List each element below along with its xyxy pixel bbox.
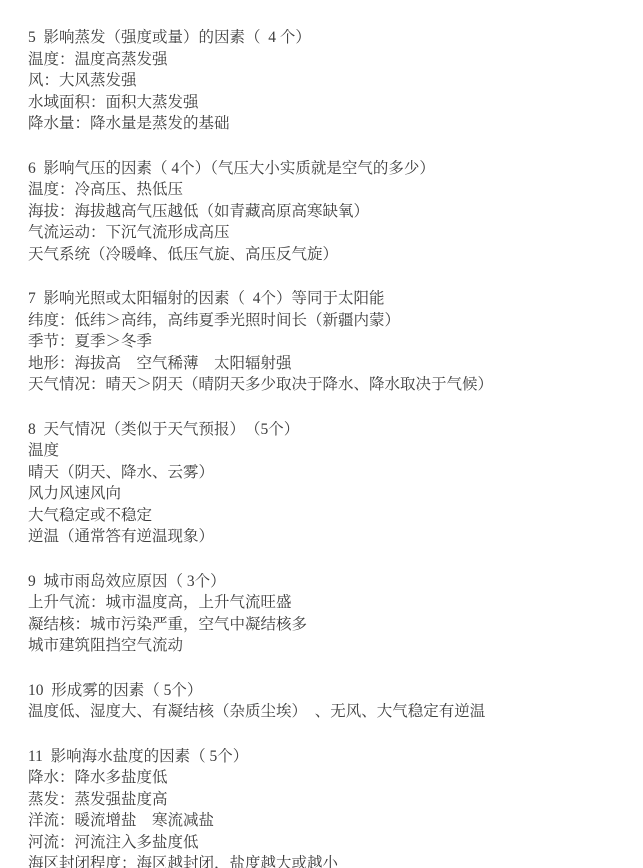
note-line: 温度：温度高蒸发强 bbox=[28, 49, 619, 71]
note-line: 水域面积：面积大蒸发强 bbox=[28, 92, 619, 114]
section-heading: 9 城市雨岛效应原因（ 3个） bbox=[28, 571, 619, 593]
section-heading: 8 天气情况（类似于天气预报） （5个） bbox=[28, 419, 619, 441]
note-line: 地形：海拔高 空气稀薄 太阳辐射强 bbox=[28, 353, 619, 375]
note-line: 温度 bbox=[28, 440, 619, 462]
section-heading: 7 影响光照或太阳辐射的因素（ 4个）等同于太阳能 bbox=[28, 288, 619, 310]
note-line: 温度低、湿度大、有凝结核（杂质尘埃） 、无风、大气稳定有逆温 bbox=[28, 701, 619, 723]
note-line: 风力风速风向 bbox=[28, 483, 619, 505]
note-line: 蒸发：蒸发强盐度高 bbox=[28, 789, 619, 811]
note-line: 大气稳定或不稳定 bbox=[28, 505, 619, 527]
section-fog-formation-factors: 10 形成雾的因素（ 5个） 温度低、湿度大、有凝结核（杂质尘埃） 、无风、大气… bbox=[28, 680, 619, 723]
note-line: 天气情况：晴天＞阴天（晴阴天多少取决于降水、降水取决于气候） bbox=[28, 374, 619, 396]
note-line: 天气系统（冷暖峰、低压气旋、高压反气旋） bbox=[28, 244, 619, 266]
section-heading: 5 影响蒸发（强度或量）的因素（ 4 个） bbox=[28, 27, 619, 49]
note-line: 洋流：暖流增盐 寒流减盐 bbox=[28, 810, 619, 832]
note-line: 风：大风蒸发强 bbox=[28, 70, 619, 92]
section-heading: 6 影响气压的因素（ 4个）（气压大小实质就是空气的多少） bbox=[28, 158, 619, 180]
note-line: 海拔：海拔越高气压越低（如青藏高原高寒缺氧） bbox=[28, 201, 619, 223]
note-line: 河流：河流注入多盐度低 bbox=[28, 832, 619, 854]
note-line: 逆温（通常答有逆温现象） bbox=[28, 526, 619, 548]
note-line: 晴天（阴天、降水、云雾） bbox=[28, 462, 619, 484]
section-evaporation-factors: 5 影响蒸发（强度或量）的因素（ 4 个） 温度：温度高蒸发强 风：大风蒸发强 … bbox=[28, 27, 619, 135]
note-line: 凝结核：城市污染严重，空气中凝结核多 bbox=[28, 614, 619, 636]
note-line: 季节：夏季＞冬季 bbox=[28, 331, 619, 353]
section-heading: 10 形成雾的因素（ 5个） bbox=[28, 680, 619, 702]
note-line: 上升气流：城市温度高，上升气流旺盛 bbox=[28, 592, 619, 614]
section-air-pressure-factors: 6 影响气压的因素（ 4个）（气压大小实质就是空气的多少） 温度：冷高压、热低压… bbox=[28, 158, 619, 266]
note-line: 城市建筑阻挡空气流动 bbox=[28, 635, 619, 657]
note-line: 纬度：低纬＞高纬，高纬夏季光照时间长（新疆内蒙） bbox=[28, 310, 619, 332]
note-line: 气流运动：下沉气流形成高压 bbox=[28, 222, 619, 244]
note-line: 降水：降水多盐度低 bbox=[28, 767, 619, 789]
note-line: 温度：冷高压、热低压 bbox=[28, 179, 619, 201]
section-weather-conditions: 8 天气情况（类似于天气预报） （5个） 温度 晴天（阴天、降水、云雾） 风力风… bbox=[28, 419, 619, 548]
notes-document-page: 5 影响蒸发（强度或量）的因素（ 4 个） 温度：温度高蒸发强 风：大风蒸发强 … bbox=[0, 0, 643, 868]
note-line: 海区封闭程度：海区越封闭，盐度越大或越小 bbox=[28, 853, 619, 868]
note-line: 降水量：降水量是蒸发的基础 bbox=[28, 113, 619, 135]
section-seawater-salinity-factors: 11 影响海水盐度的因素（ 5个） 降水：降水多盐度低 蒸发：蒸发强盐度高 洋流… bbox=[28, 746, 619, 868]
section-urban-rain-island-causes: 9 城市雨岛效应原因（ 3个） 上升气流：城市温度高，上升气流旺盛 凝结核：城市… bbox=[28, 571, 619, 657]
section-sunlight-radiation-factors: 7 影响光照或太阳辐射的因素（ 4个）等同于太阳能 纬度：低纬＞高纬，高纬夏季光… bbox=[28, 288, 619, 396]
section-heading: 11 影响海水盐度的因素（ 5个） bbox=[28, 746, 619, 768]
